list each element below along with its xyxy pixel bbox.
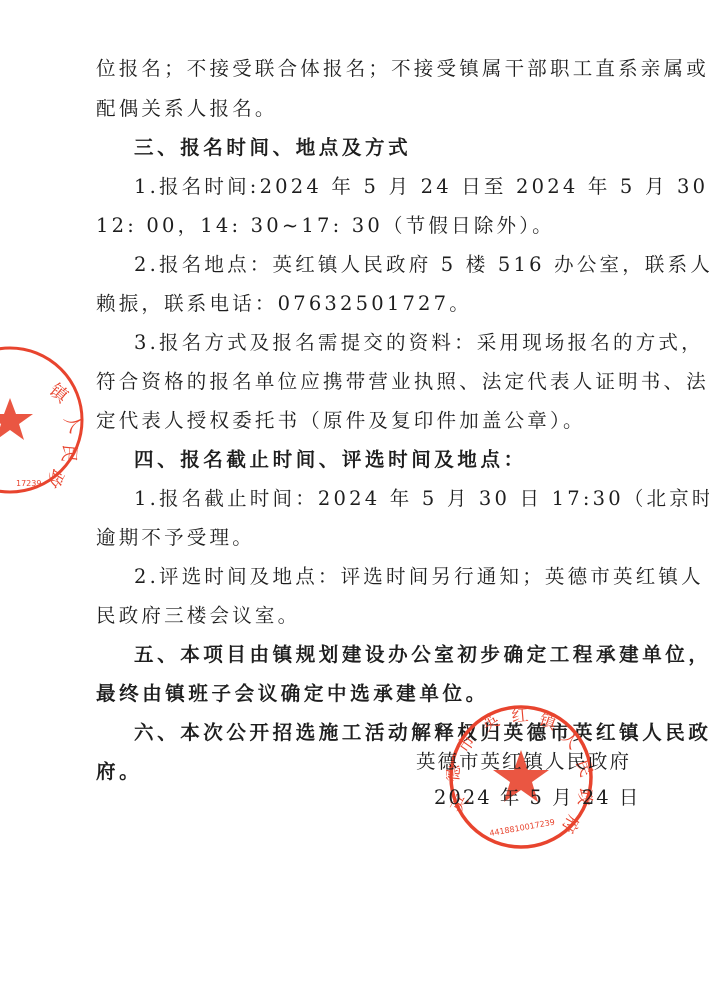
body-line: 最终由镇班子会议确定中选承建单位。	[96, 681, 489, 707]
body-line: 位报名；不接受联合体报名；不接受镇属干部职工直系亲属或	[96, 56, 709, 82]
svg-text:英: 英	[479, 711, 504, 737]
svg-text:红: 红	[511, 706, 530, 727]
partial-seal-icon: 镇 人 民 政 17239	[0, 340, 90, 500]
section-heading: 三、报名时间、地点及方式	[134, 135, 411, 161]
body-line: 2.报名地点：英红镇人民政府 5 楼 516 办公室，联系人：	[134, 252, 709, 278]
body-line: 2.评选时间及地点：评选时间另行通知；英德市英红镇人	[134, 564, 704, 590]
svg-text:镇: 镇	[536, 710, 560, 735]
body-line: 符合资格的报名单位应携带营业执照、法定代表人证明书、法	[96, 369, 709, 395]
official-seal-icon: 英 德 市 英 红 镇 人 民 政 府 4418810017239	[446, 702, 596, 852]
signature-organization: 英德市英红镇人民政府	[416, 746, 631, 774]
body-line: 12: 00，14: 30~17: 30（节假日除外）。	[96, 213, 555, 239]
body-line: 配偶关系人报名。	[96, 96, 278, 122]
section-heading: 五、本项目由镇规划建设办公室初步确定工程承建单位，	[134, 642, 709, 668]
signature-date: 2024 年 5 月 24 日	[434, 782, 640, 810]
section-heading: 四、报名截止时间、评选时间及地点：	[134, 447, 527, 473]
body-line: 府。	[96, 759, 142, 785]
body-line: 民政府三楼会议室。	[96, 603, 300, 629]
svg-text:镇: 镇	[45, 380, 73, 408]
section-heading: 六、本次公开招选施工活动解释权归英德市英红镇人民政	[134, 720, 709, 746]
body-line: 3.报名方式及报名需提交的资料：采用现场报名的方式，	[134, 330, 704, 356]
seal-code: 4418810017239	[489, 818, 556, 838]
body-line: 定代表人授权委托书（原件及复印件加盖公章）。	[96, 408, 586, 434]
seal-code: 17239	[16, 479, 41, 488]
body-line: 赖振，联系电话：07632501727。	[96, 291, 472, 317]
body-line: 1.报名时间:2024 年 5 月 24 日至 2024 年 5 月 30 日 …	[134, 174, 709, 200]
document-page: 位报名；不接受联合体报名；不接受镇属干部职工直系亲属或 配偶关系人报名。 三、报…	[0, 0, 709, 982]
body-line: 逾期不予受理。	[96, 525, 255, 551]
body-line: 1.报名截止时间：2024 年 5 月 30 日 17:30（北京时间），	[134, 486, 709, 512]
svg-text:民: 民	[57, 444, 79, 464]
